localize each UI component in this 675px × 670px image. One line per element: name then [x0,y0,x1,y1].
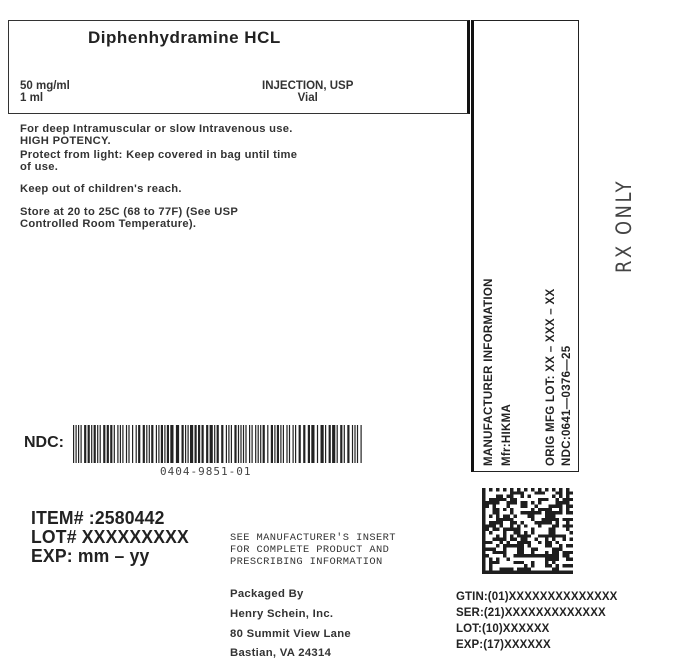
ndc-label: NDC: [24,434,64,452]
item-number: ITEM# :2580442 [31,508,189,527]
item-info: ITEM# :2580442 LOT# XXXXXXXXX EXP: mm – … [31,508,197,565]
insert-line: FOR COMPLETE PRODUCT AND [230,544,396,556]
instruction-storage-cont: Controlled Room Temperature). [20,219,297,231]
original-mfg-lot: ORIG MFG LOT: XX – XXX – XX [545,289,557,466]
strength: 50 mg/ml [20,80,70,92]
strength-block: 50 mg/ml 1 ml [20,80,70,104]
gtin: GTIN:(01)XXXXXXXXXXXXXX [456,589,617,605]
lot-number: LOT# XXXXXXXXX [31,527,189,546]
volume: 1 ml [20,92,70,104]
packager-city: Bastian, VA 24314 [230,644,351,664]
gs1-exp: EXP:(17)XXXXXX [456,637,617,653]
insert-notice: SEE MANUFACTURER'S INSERT FOR COMPLETE P… [230,532,396,568]
datamatrix-code [482,488,573,574]
expiration: EXP: mm – yy [31,546,189,565]
rx-only-label: RX ONLY [612,179,636,273]
instruction-children: Keep out of children's reach. [20,184,297,196]
container-type: Vial [262,92,353,104]
insert-line: SEE MANUFACTURER'S INSERT [230,532,396,544]
gs1-info: GTIN:(01)XXXXXXXXXXXXXX SER:(21)XXXXXXXX… [456,589,617,653]
instruction-light: Protect from light: Keep covered in bag … [20,150,297,162]
dosage-form: INJECTION, USP [262,80,353,92]
instruction-route: For deep Intramuscular or slow Intraveno… [20,124,297,136]
instruction-light-cont: of use. [20,162,297,174]
serial-number: SER:(21)XXXXXXXXXXXXX [456,605,617,621]
packager-company: Henry Schein, Inc. [230,605,351,625]
manufacturer-name: Mfr:HIKMA [501,404,513,466]
manufacturer-title: MANUFACTURER INFORMATION [483,278,495,466]
packager-heading: Packaged By [230,585,351,605]
manufacturer-ndc: NDC:0641—0376—25 [561,345,573,466]
ndc-barcode [73,425,363,463]
insert-line: PRESCRIBING INFORMATION [230,556,396,568]
instruction-potency: HIGH POTENCY. [20,136,297,148]
dosage-form-block: INJECTION, USP Vial [262,80,353,104]
barcode-number: 0404-9851-01 [160,465,251,478]
drug-name: Diphenhydramine HCL [88,28,281,48]
instruction-storage: Store at 20 to 25C (68 to 77F) (See USP [20,207,297,219]
instructions: For deep Intramuscular or slow Intraveno… [20,124,297,230]
packager-street: 80 Summit View Lane [230,625,351,645]
packager-info: Packaged By Henry Schein, Inc. 80 Summit… [230,585,351,664]
gs1-lot: LOT:(10)XXXXXX [456,621,617,637]
